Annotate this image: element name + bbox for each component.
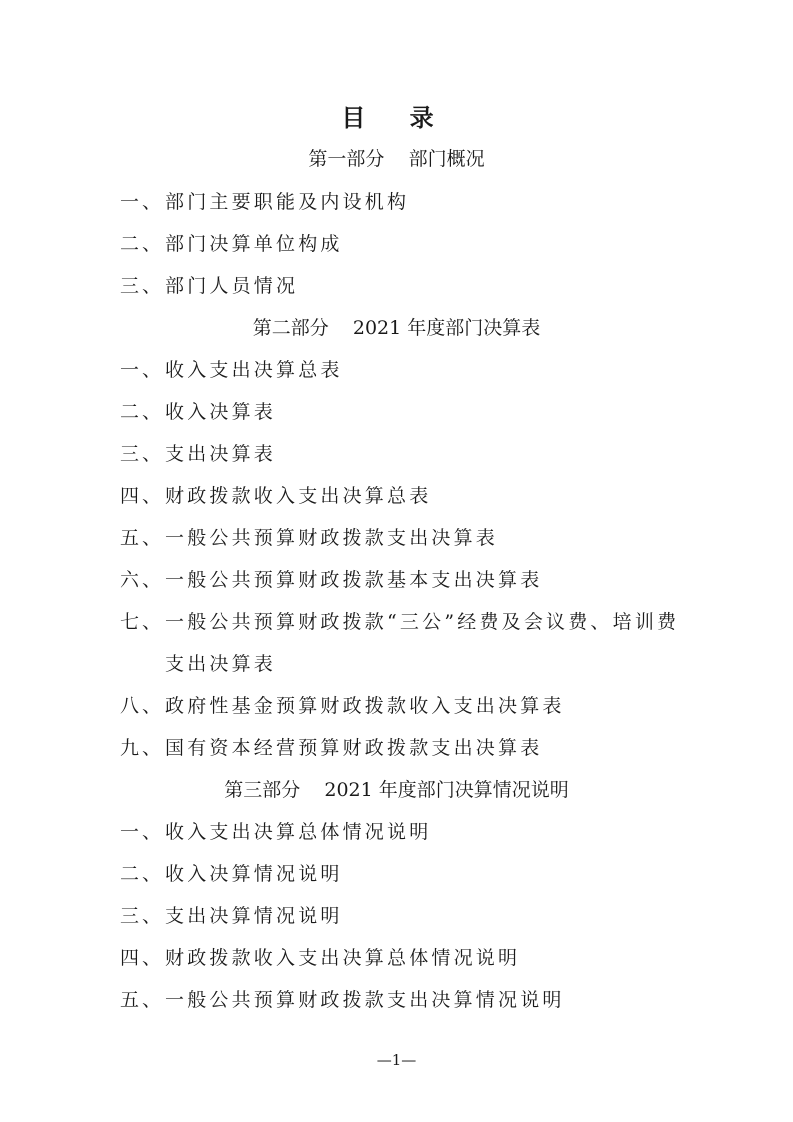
document-page: 目 录 第一部分 部门概况 一、部门主要职能及内设机构 二、部门决算单位构成 三… (0, 0, 793, 1122)
part-3-heading: 第三部分 2021 年度部门决算情况说明 (0, 776, 793, 804)
item-text: 部门主要职能及内设机构 (165, 191, 409, 213)
toc-item: 三、支出决算情况说明 (120, 902, 343, 930)
item-number: 六、 (120, 566, 165, 594)
item-number: 九、 (120, 734, 165, 762)
item-text: 政府性基金预算财政拨款收入支出决算表 (165, 695, 565, 717)
item-text: 一般公共预算财政拨款“三公”经费及会议费、培训费 (165, 611, 679, 633)
item-text: 国有资本经营预算财政拨款支出决算表 (165, 737, 542, 759)
toc-item: 二、收入决算情况说明 (120, 860, 343, 888)
item-text: 收入支出决算总体情况说明 (165, 821, 431, 843)
item-number: 七、 (120, 608, 165, 636)
toc-item: 八、政府性基金预算财政拨款收入支出决算表 (120, 692, 565, 720)
part-2-heading: 第二部分 2021 年度部门决算表 (0, 314, 793, 342)
toc-item: 七、一般公共预算财政拨款“三公”经费及会议费、培训费 (120, 608, 679, 636)
item-number: 一、 (120, 188, 165, 216)
toc-item: 九、国有资本经营预算财政拨款支出决算表 (120, 734, 542, 762)
toc-item: 一、部门主要职能及内设机构 (120, 188, 409, 216)
toc-item: 一、收入支出决算总表 (120, 356, 343, 384)
item-text: 收入支出决算总表 (165, 359, 343, 381)
item-number: 三、 (120, 272, 165, 300)
item-text: 部门人员情况 (165, 275, 298, 297)
item-number: 四、 (120, 944, 165, 972)
page-number: —1— (0, 1050, 793, 1070)
item-text: 一般公共预算财政拨款支出决算情况说明 (165, 989, 565, 1011)
item-number: 四、 (120, 482, 165, 510)
toc-item: 五、一般公共预算财政拨款支出决算情况说明 (120, 986, 565, 1014)
item-number: 五、 (120, 524, 165, 552)
toc-item: 二、收入决算表 (120, 398, 276, 426)
toc-title: 目 录 (0, 100, 793, 136)
item-text: 收入决算情况说明 (165, 863, 343, 885)
item-number: 三、 (120, 902, 165, 930)
part-1-heading: 第一部分 部门概况 (0, 145, 793, 173)
item-number: 一、 (120, 818, 165, 846)
item-number: 二、 (120, 398, 165, 426)
item-number: 五、 (120, 986, 165, 1014)
item-text: 部门决算单位构成 (165, 233, 343, 255)
item-text: 财政拨款收入支出决算总体情况说明 (165, 947, 520, 969)
toc-item: 四、财政拨款收入支出决算总表 (120, 482, 431, 510)
item-number: 八、 (120, 692, 165, 720)
item-text: 一般公共预算财政拨款基本支出决算表 (165, 569, 542, 591)
toc-item: 三、部门人员情况 (120, 272, 298, 300)
item-text: 收入决算表 (165, 401, 276, 423)
item-text: 支出决算表 (165, 443, 276, 465)
item-text: 财政拨款收入支出决算总表 (165, 485, 431, 507)
item-text: 一般公共预算财政拨款支出决算表 (165, 527, 498, 549)
toc-item: 六、一般公共预算财政拨款基本支出决算表 (120, 566, 542, 594)
toc-item: 三、支出决算表 (120, 440, 276, 468)
toc-item-continuation: 支出决算表 (165, 650, 276, 678)
toc-item: 一、收入支出决算总体情况说明 (120, 818, 431, 846)
toc-item: 二、部门决算单位构成 (120, 230, 343, 258)
item-number: 二、 (120, 230, 165, 258)
toc-item: 四、财政拨款收入支出决算总体情况说明 (120, 944, 520, 972)
item-number: 二、 (120, 860, 165, 888)
item-number: 一、 (120, 356, 165, 384)
item-text: 支出决算情况说明 (165, 905, 343, 927)
toc-item: 五、一般公共预算财政拨款支出决算表 (120, 524, 498, 552)
item-number: 三、 (120, 440, 165, 468)
